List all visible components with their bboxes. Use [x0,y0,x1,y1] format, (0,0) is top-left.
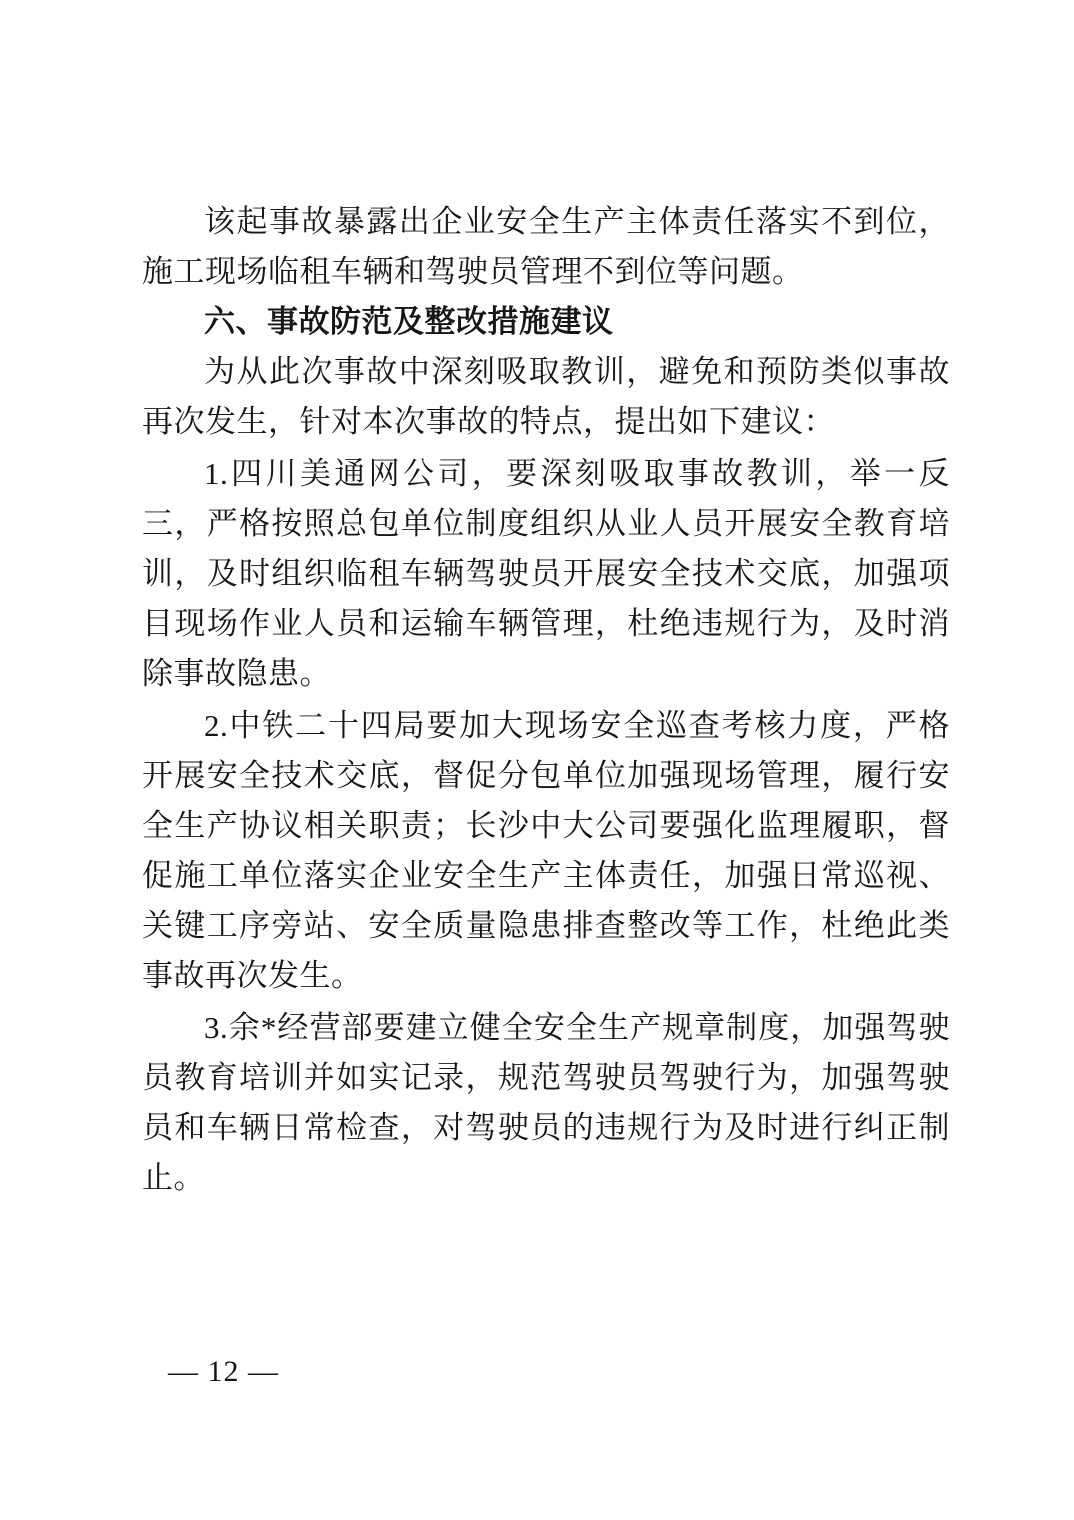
document-body: 该起事故暴露出企业安全生产主体责任落实不到位，施工现场临租车辆和驾驶员管理不到位… [142,197,950,1203]
page-number: — 12 — [168,1350,279,1394]
document-page: 该起事故暴露出企业安全生产主体责任落实不到位，施工现场临租车辆和驾驶员管理不到位… [0,0,1074,1520]
closing-paragraph: 该起事故暴露出企业安全生产主体责任落实不到位，施工现场临租车辆和驾驶员管理不到位… [142,197,950,297]
recommendation-3: 3.余*经营部要建立健全安全生产规章制度，加强驾驶员教育培训并如实记录，规范驾驶… [142,1003,950,1203]
recommendation-2: 2.中铁二十四局要加大现场安全巡查考核力度，严格开展安全技术交底，督促分包单位加… [142,701,950,1001]
intro-paragraph: 为从此次事故中深刻吸取教训，避免和预防类似事故再次发生，针对本次事故的特点，提出… [142,347,950,447]
section-heading: 六、事故防范及整改措施建议 [142,297,950,347]
recommendation-1: 1.四川美通网公司，要深刻吸取事故教训，举一反三，严格按照总包单位制度组织从业人… [142,449,950,699]
